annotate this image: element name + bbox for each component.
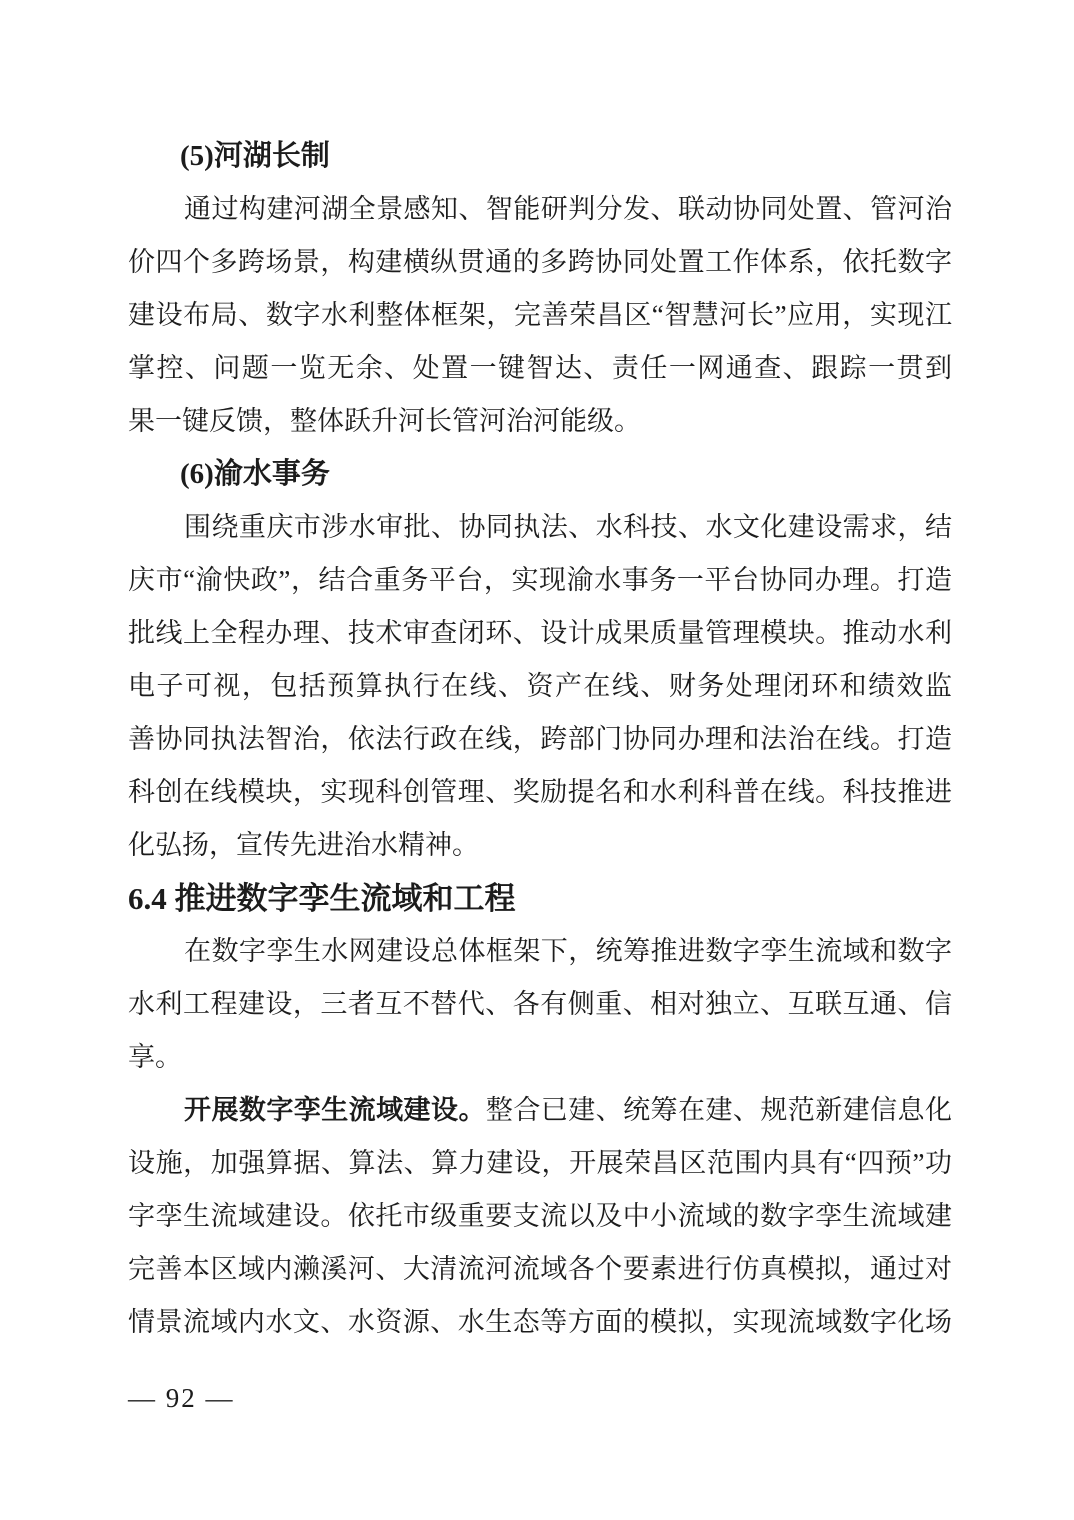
page-number: — 92 —	[128, 1378, 235, 1418]
paragraph-line: 设施，加强算据、算法、算力建设，开展荣昌区范围内具有“四预”功能的数	[128, 1137, 952, 1190]
bold-lead-phrase: 开展数字孪生流域建设。	[184, 1095, 486, 1125]
paragraph-line: 科创在线模块，实现科创管理、奖励提名和水利科普在线。科技推进水文	[128, 766, 952, 819]
paragraph-line: 围绕重庆市涉水审批、协同执法、水科技、水文化建设需求，结合重	[128, 501, 952, 554]
paragraph-line: 情景流域内水文、水资源、水生态等方面的模拟，实现流域数字化场景、	[128, 1296, 952, 1349]
paragraph-line: 在数字孪生水网建设总体框架下，统筹推进数字孪生流域和数字孪生	[128, 925, 952, 978]
paragraph-line: 庆市“渝快政”，结合重务平台，实现渝水事务一平台协同办理。打造涉水审	[128, 554, 952, 607]
paragraph-line: 享。	[128, 1031, 952, 1084]
document-body: (5)河湖长制 通过构建河湖全景感知、智能研判分发、联动协同处置、管河治河评 价…	[128, 130, 952, 1349]
paragraph-line: 水利工程建设，三者互不替代、各有侧重、相对独立、互联互通、信息共	[128, 978, 952, 1031]
paragraph-line: 完善本区域内濑溪河、大清流河流域各个要素进行仿真模拟，通过对不同	[128, 1243, 952, 1296]
paragraph-line: 掌控、问题一览无余、处置一键智达、责任一网通查、跟踪一贯到底、结	[128, 342, 952, 395]
document-page: (5)河湖长制 通过构建河湖全景感知、智能研判分发、联动协同处置、管河治河评 价…	[0, 0, 1074, 1520]
section-6-4-heading: 6.4 推进数字孪生流域和工程	[128, 872, 952, 925]
paragraph-line: 电子可视，包括预算执行在线、资产在线、财务处理闭环和绩效监管。完	[128, 660, 952, 713]
paragraph-line: 化弘扬，宣传先进治水精神。	[128, 819, 952, 872]
paragraph-line: 善协同执法智治，依法行政在线，跨部门协同办理和法治在线。打造水利	[128, 713, 952, 766]
paragraph-line: 通过构建河湖全景感知、智能研判分发、联动协同处置、管河治河评	[128, 183, 952, 236]
section-6-heading: (6)渝水事务	[128, 448, 952, 501]
paragraph-line: 批线上全程办理、技术审查闭环、设计成果质量管理模块。推动水利财务	[128, 607, 952, 660]
paragraph-line: 开展数字孪生流域建设。整合已建、统筹在建、规范新建信息化基础	[128, 1084, 952, 1137]
paragraph-line: 果一键反馈，整体跃升河长管河治河能级。	[128, 395, 952, 448]
paragraph-line: 建设布局、数字水利整体框架，完善荣昌区“智慧河长”应用，实现江河一屏	[128, 289, 952, 342]
paragraph-line: 字孪生流域建设。依托市级重要支流以及中小流域的数字孪生流域建设，	[128, 1190, 952, 1243]
section-5-heading: (5)河湖长制	[128, 130, 952, 183]
paragraph-line: 价四个多跨场景，构建横纵贯通的多跨协同处置工作体系，依托数字重庆	[128, 236, 952, 289]
